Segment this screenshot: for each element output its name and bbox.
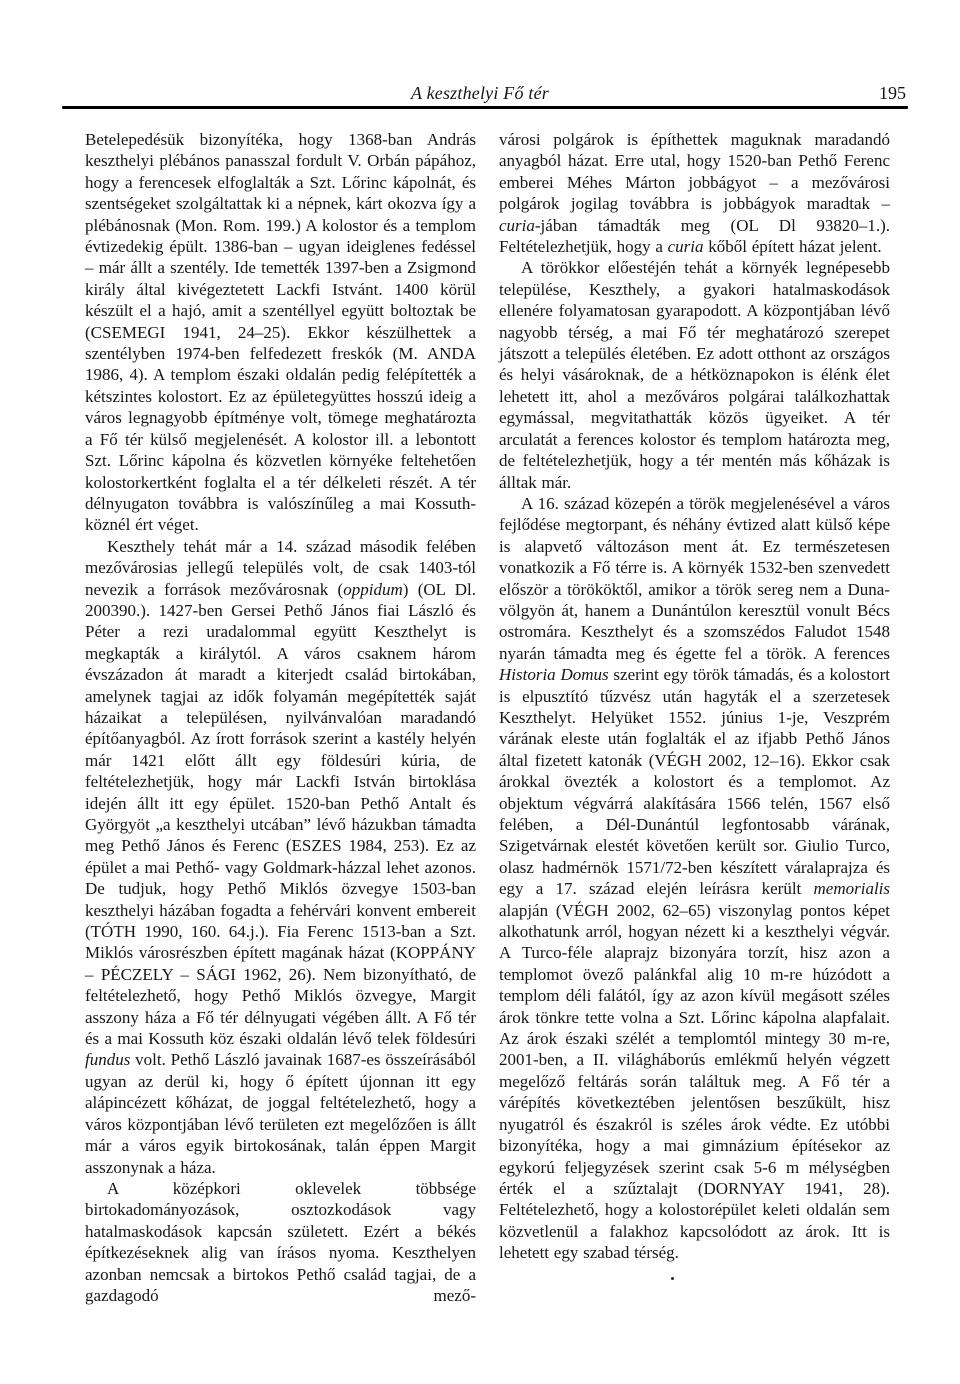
text-segment: ) (OL Dl. 200390.). 1427-ben Gersei Peth… <box>85 580 476 1049</box>
paragraph: A 16. század közepén a török megjelenésé… <box>499 493 890 1264</box>
text-segment: Betelepedésük bizonyítéka, hogy 1368-ban… <box>85 130 476 534</box>
paragraph: A törökkor előestéjén tehát a környék le… <box>499 257 890 492</box>
page-number: 195 <box>879 83 906 104</box>
italic-text-segment: Historia Domus <box>499 665 609 684</box>
text-segment: A törökkor előestéjén tehát a környék le… <box>499 258 890 491</box>
text-columns: Betelepedésük bizonyítéka, hogy 1368-ban… <box>85 129 890 1306</box>
paragraph: Betelepedésük bizonyítéka, hogy 1368-ban… <box>85 129 476 536</box>
paragraph: Keszthely tehát már a 14. század második… <box>85 536 476 1178</box>
running-title: A keszthelyi Fő tér <box>0 83 960 104</box>
text-segment: volt. Pethő László javainak 1687-es össz… <box>85 1050 476 1176</box>
left-column: Betelepedésük bizonyítéka, hogy 1368-ban… <box>85 129 476 1306</box>
italic-text-segment: curia <box>668 237 704 256</box>
header-rule <box>62 106 908 109</box>
ink-dot-artifact <box>671 1277 674 1280</box>
italic-text-segment: fundus <box>85 1050 130 1069</box>
italic-text-segment: curia <box>499 216 535 235</box>
text-segment: szerint egy török támadás, és a kolostor… <box>499 665 890 898</box>
document-page: A keszthelyi Fő tér 195 Betelepedésük bi… <box>0 0 960 1384</box>
paragraph: A középkori oklevelek többsége birtokado… <box>85 1178 476 1306</box>
right-column: városi polgárok is építhettek maguknak m… <box>499 129 890 1306</box>
text-segment: A középkori oklevelek többsége birtokado… <box>85 1179 476 1305</box>
text-segment: városi polgárok is építhettek maguknak m… <box>499 130 890 213</box>
italic-text-segment: memorialis <box>814 879 891 898</box>
paragraph: városi polgárok is építhettek maguknak m… <box>499 129 890 257</box>
text-segment: alapján (VÉGH 2002, 62–65) viszonylag po… <box>499 901 890 1263</box>
italic-text-segment: oppidum <box>343 580 403 599</box>
text-segment: A 16. század közepén a török megjelenésé… <box>499 494 890 663</box>
text-segment: kőből épített házat jelent. <box>704 237 882 256</box>
